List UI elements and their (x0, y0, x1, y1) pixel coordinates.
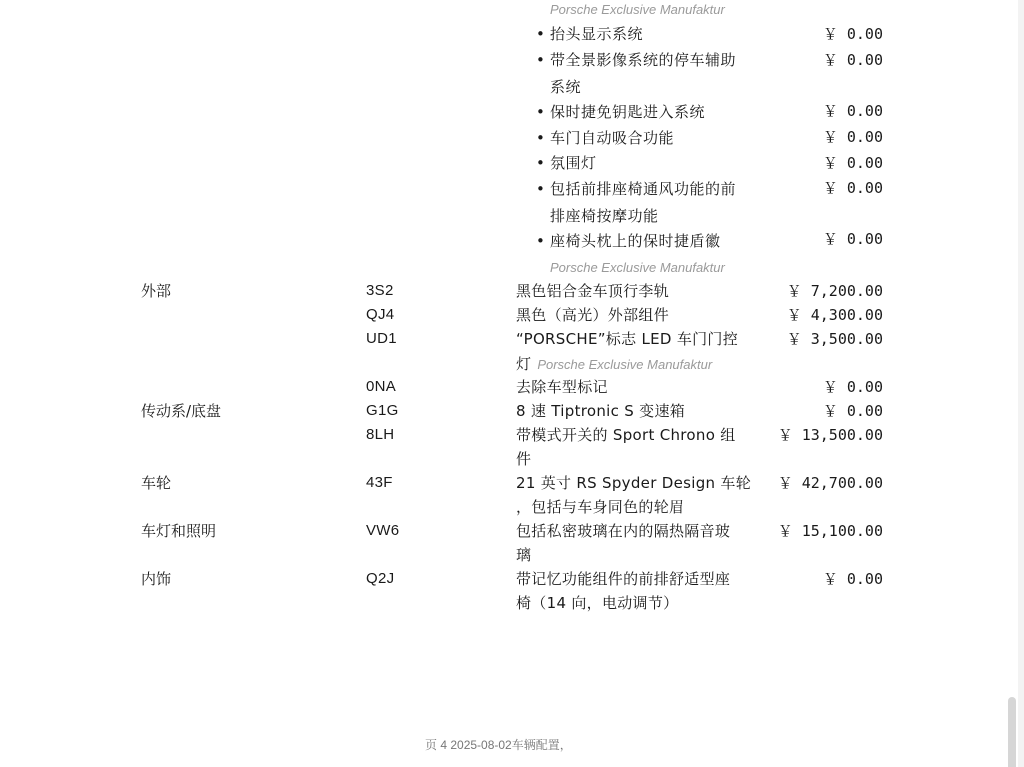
option-price: ￥ 0.00 (823, 375, 883, 399)
pem-label: Porsche Exclusive Manufaktur (537, 357, 712, 372)
sub-item: •抬头显示系统 (536, 21, 643, 47)
option-description-continuation: 件 (516, 447, 531, 471)
option-description: 黑色（高光）外部组件 (516, 303, 669, 327)
category-label: 车灯和照明 (141, 519, 216, 543)
option-description-continuation: 璃 (516, 543, 531, 567)
option-code: QJ4 (366, 303, 394, 327)
sub-item: •车门自动吸合功能 (536, 125, 674, 151)
bullet-icon: • (536, 228, 550, 254)
option-code: 3S2 (366, 279, 394, 303)
bullet-icon: • (536, 150, 550, 176)
bullet-icon: • (536, 125, 550, 151)
option-price: ￥ 4,300.00 (787, 303, 883, 327)
option-description-continuation: 灯Porsche Exclusive Manufaktur (516, 352, 712, 377)
option-description: 8 速 Tiptronic S 变速箱 (516, 399, 685, 423)
sub-item-price: ￥ 0.00 (823, 227, 883, 251)
pem-label: Porsche Exclusive Manufaktur (550, 258, 725, 278)
option-code: Q2J (366, 567, 394, 591)
sub-item-price: ￥ 0.00 (823, 99, 883, 123)
sub-item: •带全景影像系统的停车辅助 (536, 47, 736, 73)
option-price: ￥ 0.00 (823, 399, 883, 423)
category-label: 传动系/底盘 (141, 399, 221, 423)
option-price: ￥ 7,200.00 (787, 279, 883, 303)
option-description: 黑色铝合金车顶行李轨 (516, 279, 669, 303)
scrollbar-thumb[interactable] (1008, 697, 1016, 767)
document-page: Porsche Exclusive Manufaktur •抬头显示系统 ￥ 0… (0, 0, 1018, 767)
option-code: 43F (366, 471, 393, 495)
option-code: UD1 (366, 327, 397, 351)
sub-item-price: ￥ 0.00 (823, 176, 883, 200)
option-description: 带记忆功能组件的前排舒适型座 (516, 567, 730, 591)
sub-item-price: ￥ 0.00 (823, 125, 883, 149)
sub-item-price: ￥ 0.00 (823, 48, 883, 72)
option-code: VW6 (366, 519, 399, 543)
option-description-continuation: 椅（14 向，电动调节） (516, 591, 678, 615)
option-price: ￥ 3,500.00 (787, 327, 883, 351)
sub-item: •座椅头枕上的保时捷盾徽 (536, 228, 721, 254)
sub-item-price: ￥ 0.00 (823, 151, 883, 175)
sub-item: •氛围灯 (536, 150, 597, 176)
bullet-icon: • (536, 47, 550, 73)
option-price: ￥ 42,700.00 (778, 471, 883, 495)
option-price: ￥ 0.00 (823, 567, 883, 591)
option-description: 带模式开关的 Sport Chrono 组 (516, 423, 736, 447)
category-label: 车轮 (141, 471, 171, 495)
bullet-icon: • (536, 21, 550, 47)
option-price: ￥ 13,500.00 (778, 423, 883, 447)
bullet-icon: • (536, 99, 550, 125)
option-description: 去除车型标记 (516, 375, 608, 399)
sub-item: •保时捷免钥匙进入系统 (536, 99, 705, 125)
option-description: 21 英寸 RS Spyder Design 车轮 (516, 471, 751, 495)
sub-item-continuation: 排座椅按摩功能 (550, 203, 659, 229)
scrollbar-track[interactable] (1018, 0, 1024, 767)
option-description: 包括私密玻璃在内的隔热隔音玻 (516, 519, 730, 543)
bullet-icon: • (536, 176, 550, 202)
option-code: G1G (366, 399, 399, 423)
category-label: 内饰 (141, 567, 171, 591)
sub-item: •包括前排座椅通风功能的前 (536, 176, 736, 202)
category-label: 外部 (141, 279, 171, 303)
sub-item-price: ￥ 0.00 (823, 22, 883, 46)
option-code: 0NA (366, 375, 396, 399)
option-description: “PORSCHE”标志 LED 车门门控 (516, 327, 738, 351)
option-code: 8LH (366, 423, 394, 447)
option-price: ￥ 15,100.00 (778, 519, 883, 543)
sub-item-continuation: 系统 (550, 74, 581, 100)
option-description-continuation: ，包括与车身同色的轮眉 (516, 495, 684, 519)
page-footer: 页 4 2025-08-02车辆配置， (425, 736, 572, 753)
pem-label: Porsche Exclusive Manufaktur (550, 0, 725, 20)
